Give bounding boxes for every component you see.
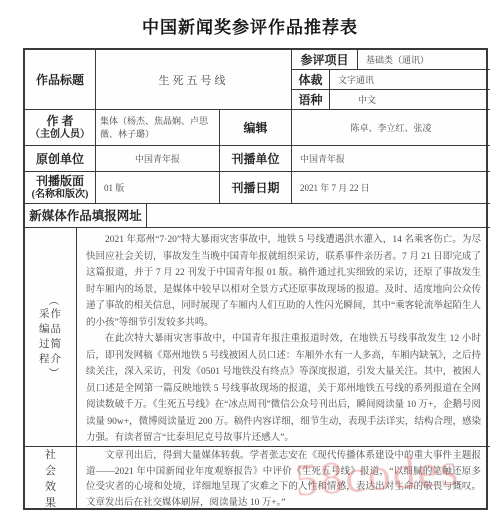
- process-label-line: 程介: [39, 352, 62, 367]
- publish-page-label-sub: (名称和版次): [32, 188, 89, 202]
- process-label-line: 采作: [39, 307, 62, 322]
- publish-date-label: 刊播日期: [220, 172, 292, 204]
- publish-date-value: 2021 年 7 月 22 日: [292, 172, 490, 204]
- new-media-url-value: [147, 204, 490, 228]
- author-label-main: 作 者: [46, 114, 73, 128]
- author-value: 集体（杨杰、焦晶娴、卢思薇、林子璐）: [96, 110, 220, 146]
- editor-value: 陈卓、李立红、张凌: [292, 110, 490, 146]
- entry-category-value: 基础类（通讯）: [358, 50, 490, 70]
- social-label-char: 效: [45, 479, 56, 495]
- author-label-sub: （主创人员）: [30, 128, 90, 142]
- language-value: 中文: [330, 90, 490, 110]
- publish-page-value: 01 版: [96, 172, 220, 204]
- publish-unit-value: 中国青年报: [292, 146, 490, 172]
- social-label-char: 会: [45, 463, 56, 479]
- publish-unit-label: 刊播单位: [220, 146, 292, 172]
- process-paragraph-1: 2021 年郑州“7·20”特大暴雨灾害事故中，地铁 5 号线遭遇洪水灌入，14…: [86, 232, 481, 331]
- publish-page-label: 刊播版面 (名称和版次): [25, 172, 96, 204]
- author-label: 作 者 （主创人员）: [25, 110, 96, 146]
- new-media-url-label: 新媒体作品填报网址: [25, 204, 147, 228]
- process-section-text: 2021 年郑州“7·20”特大暴雨灾害事故中，地铁 5 号线遭遇洪水灌入，14…: [77, 228, 490, 447]
- process-section-label: （ 采作 编品 过简 程介 ）: [25, 228, 77, 447]
- process-label-close-paren: ）: [45, 367, 57, 379]
- page-title: 中国新闻奖参评作品推荐表: [0, 13, 500, 38]
- genre-label: 体裁: [292, 70, 330, 90]
- genre-value: 文字通讯: [330, 70, 490, 90]
- process-label-open-paren: （: [45, 295, 57, 307]
- social-label-char: 果: [45, 495, 56, 511]
- recommendation-form-table: 作品标题 生死五号线 参评项目 基础类（通讯） 体裁 文字通讯 语种 中文 作 …: [23, 48, 488, 510]
- entry-category-label: 参评项目: [292, 50, 358, 70]
- original-unit-label: 原创单位: [25, 146, 96, 172]
- editor-label: 编辑: [220, 110, 292, 146]
- work-title-value: 生死五号线: [96, 50, 292, 110]
- publish-page-label-main: 刊播版面: [36, 174, 84, 188]
- social-paragraph-1: 文章刊出后，得到大量媒体转载。学者张志安在《现代传播体系建设中的重大事件主题报道…: [86, 449, 481, 510]
- language-label: 语种: [292, 90, 330, 110]
- social-effect-label: 社 会 效 果: [25, 447, 77, 510]
- work-title-label: 作品标题: [25, 50, 96, 110]
- process-paragraph-2: 在此次特大暴雨灾害事故中，中国青年报注重报道时效，在地铁五号线事故发生 12 小…: [86, 331, 481, 447]
- original-unit-value: 中国青年报: [96, 146, 220, 172]
- social-effect-text: 文章刊出后，得到大量媒体转载。学者张志安在《现代传播体系建设中的重大事件主题报道…: [77, 447, 490, 510]
- social-label-char: 社: [45, 447, 56, 463]
- process-label-line: 编品: [39, 322, 62, 337]
- process-label-line: 过简: [39, 337, 62, 352]
